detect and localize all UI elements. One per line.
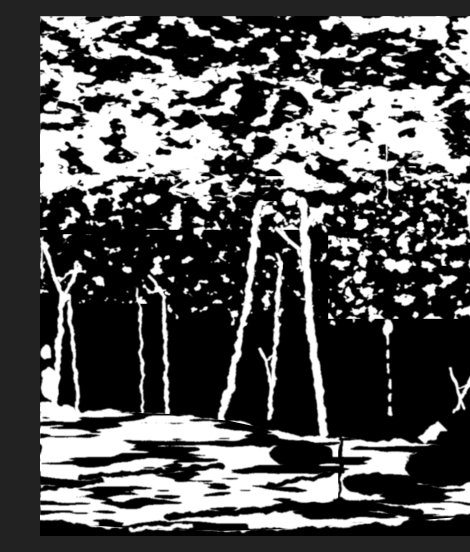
forest-photo-canvas: Thresholded black-and-white photo of a f… (40, 16, 470, 536)
ground-shadow-blob (270, 441, 334, 467)
ground-shadow-blob (344, 473, 396, 495)
lit-patch (41, 344, 51, 360)
forest-photo: Thresholded black-and-white photo of a f… (40, 16, 470, 536)
lit-leaves-patch (328, 219, 470, 319)
lit-patch (41, 368, 59, 400)
trunk-edge-streak (42, 238, 43, 278)
ground-shadow-blob (248, 433, 280, 447)
